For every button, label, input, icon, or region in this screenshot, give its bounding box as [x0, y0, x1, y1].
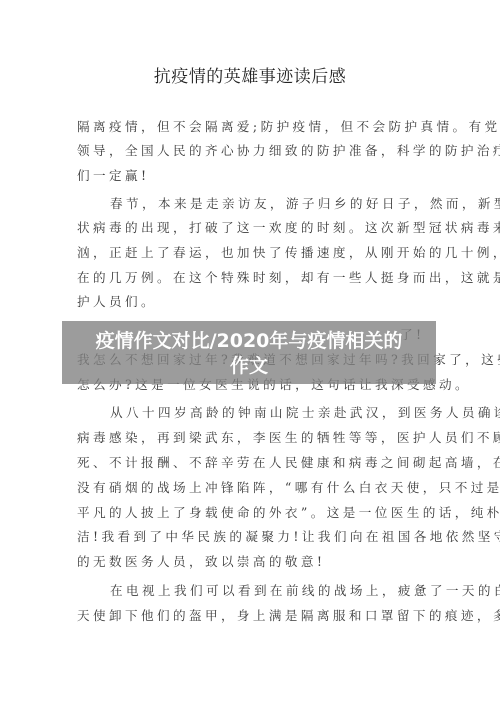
paragraph-line: 状病毒的出现，打破了这一欢度的时刻。这次新型冠状病毒来势汹: [77, 220, 427, 236]
paragraph-line: 在电视上我们可以看到在前线的战场上，疲惫了一天的白衣: [110, 583, 460, 599]
paragraph-line: 平凡的人披上了身载使命的外衣”。这是一位医生的话，纯朴而圣: [77, 505, 427, 521]
document-title: 抗疫情的英雄事迹读后感: [0, 62, 500, 87]
overlay-title-line-2: 作文: [230, 354, 268, 379]
paragraph-line: 天使卸下他们的盔甲，身上满是隔离服和口罩留下的痕迹，多次消: [77, 608, 427, 624]
paragraph-line: 汹，正赶上了春运，也加快了传播速度，从刚开始的几十例，到现: [77, 245, 427, 261]
paragraph-line: 死、不计报酬、不辞辛劳在人民健康和病毒之间砌起高墙，在这场: [77, 455, 427, 471]
paragraph-line: 的无数医务人员，致以崇高的敬意!: [77, 554, 427, 570]
paragraph-line: 从八十四岁高龄的钟南山院士亲赴武汉，到医务人员确诊被: [110, 405, 460, 421]
paragraph-line: 领导，全国人民的齐心协力细致的防护准备，科学的防护治疗，我: [77, 143, 427, 159]
paragraph-line: 护人员们。: [77, 294, 427, 310]
paragraph-line: 隔离疫情，但不会隔离爱;防护疫情，但不会防护真情。有党中央的: [77, 119, 427, 135]
overlay-title-line-1: 疫情作文对比/2020年与疫情相关的: [96, 329, 403, 354]
paragraph-line: 没有硝烟的战场上冲锋陷阵，“哪有什么白衣天使，只不过是一群: [77, 480, 427, 496]
paragraph-line: 春节，本来是走亲访友，游子归乡的好日子，然而，新型冠: [110, 196, 460, 212]
paragraph-line: 们一定赢!: [77, 168, 427, 184]
paragraph-line: 在的几万例。在这个特殊时刻，却有一些人挺身而出，这就是一医: [77, 270, 427, 286]
paragraph-line: 病毒感染，再到梁武东，李医生的牺牲等等，医护人员们不顾生: [77, 430, 427, 446]
paragraph-line: 洁!我看到了中华民族的凝聚力!让我们向在祖国各地依然坚守岗位: [77, 529, 427, 545]
overlay-title[interactable]: 疫情作文对比/2020年与疫情相关的 作文: [62, 321, 436, 384]
